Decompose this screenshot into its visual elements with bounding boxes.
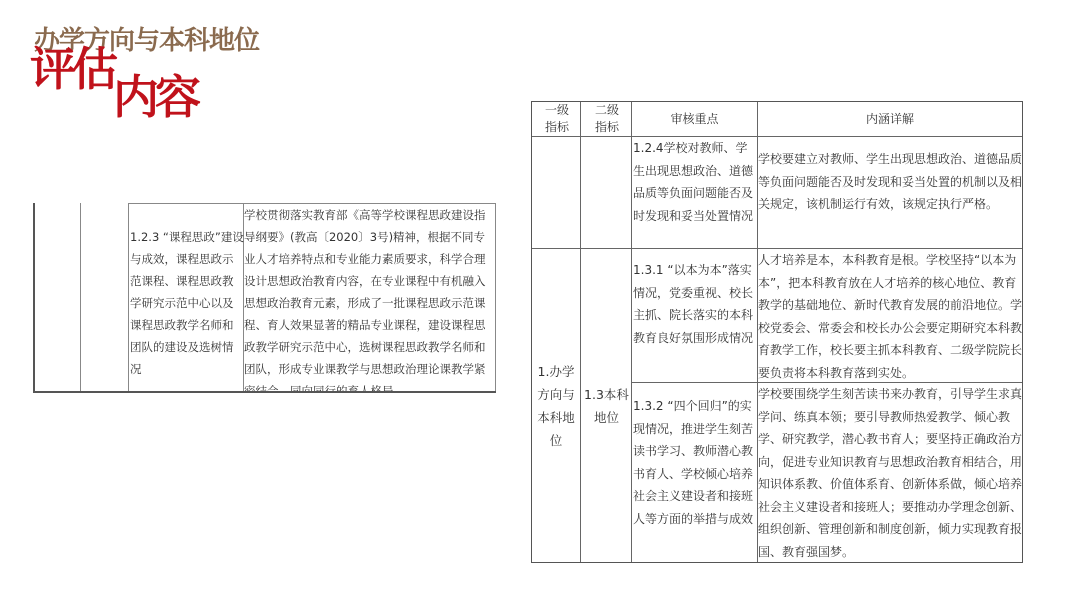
table-border <box>33 391 496 393</box>
slide-title-part2: 内容 <box>113 72 197 122</box>
table-border <box>631 102 632 562</box>
detail-cell: 学校贯彻落实教育部《高等学校课程思政建设指导纲要》(教高〔2020〕3号)精神，… <box>244 204 495 391</box>
table-border <box>80 203 81 392</box>
table-border <box>495 203 496 392</box>
table-border <box>580 102 581 562</box>
review-point-cell: 1.2.3 “课程思政”建设与成效，课程思政示范课程、课程思政教学研究示范中心以… <box>130 226 244 376</box>
table-border <box>33 203 35 392</box>
assessment-table: 一级指标 二级指标 审核重点 内涵详解 1.2.4学校对教师、学生出现思想政治、… <box>531 101 1023 563</box>
header-review-point: 审核重点 <box>632 102 757 136</box>
header-level2: 二级指标 <box>592 102 622 136</box>
level2-indicator: 1.3本科地位 <box>584 383 629 443</box>
header-level1: 一级指标 <box>542 102 572 136</box>
row2-review-point: 1.3.1 “以本为本”落实情况，党委重视、校长主抓、院长落实的本科教育良好氛围… <box>633 259 757 381</box>
header-detail: 内涵详解 <box>758 102 1022 136</box>
row1-review-point: 1.2.4学校对教师、学生出现思想政治、道德品质等负面问题能否及时发现和妥当处置… <box>633 137 757 248</box>
level1-indicator: 1.办学方向与本科地位 <box>535 360 577 460</box>
row2-detail: 人才培养是本，本科教育是根。学校坚持“以本为本”，把本科教育放在人才培养的核心地… <box>758 249 1022 382</box>
row3-detail: 学校要围绕学生刻苦读书来办教育，引导学生求真学问、练真本领；要引导教师热爱教学、… <box>758 383 1022 561</box>
slide-title-part1: 评估 <box>30 44 114 94</box>
table-border <box>532 136 1022 137</box>
left-table-excerpt: 1.2.3 “课程思政”建设与成效，课程思政示范课程、课程思政教学研究示范中心以… <box>33 203 496 392</box>
row1-detail: 学校要建立对教师、学生出现思想政治、道德品质等负面问题能否及时发现和妥当处置的机… <box>758 148 1022 248</box>
row3-review-point: 1.3.2 “四个回归”的实现情况，推进学生刻苦读书学习、教师潜心教书育人、学校… <box>633 395 757 561</box>
table-border <box>128 203 129 392</box>
